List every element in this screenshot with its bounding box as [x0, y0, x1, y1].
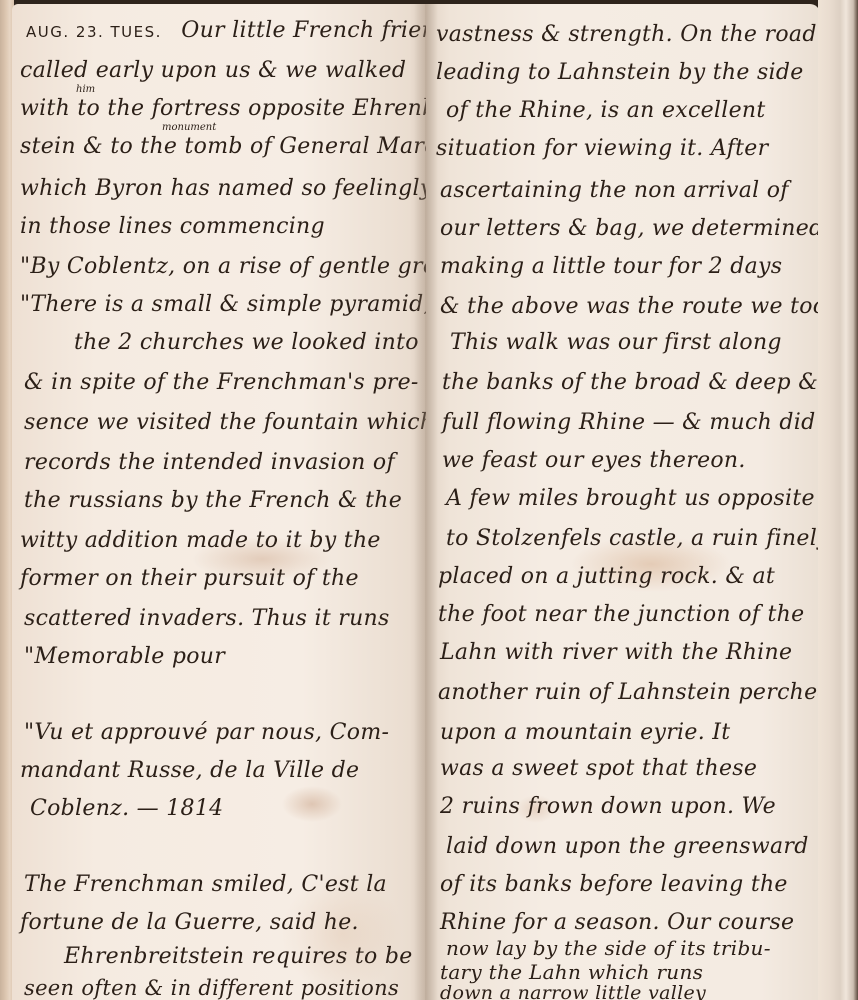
line-5: which Byron has named so feelingly [20, 176, 433, 201]
line-18: another ruin of Lahnstein perched [438, 680, 832, 705]
line-25: now lay by the side of its tribu- [446, 936, 771, 960]
line-2: leading to Lahnstein by the side [436, 60, 804, 85]
line-10: & in spite of the Frenchman's pre- [24, 370, 419, 395]
diary-spread: AUG. 23. TUES. Our little French friend … [0, 0, 858, 1000]
line-12: records the intended invasion of [24, 450, 395, 475]
line-5: ascertaining the non arrival of [440, 178, 789, 203]
line-22: laid down upon the greensward [446, 834, 809, 859]
line-22: fortune de la Guerre, said he. [20, 910, 359, 935]
line-27: down a narrow little valley [440, 982, 706, 1000]
line-4: situation for viewing it. After [436, 136, 768, 161]
line-19: upon a mountain eyrie. It [440, 720, 730, 745]
line-19: mandant Russe, de la Ville de [20, 758, 359, 783]
insertion-him: him [76, 84, 95, 95]
insertion-monument: monument [162, 122, 216, 133]
line-21: 2 ruins frown down upon. We [440, 794, 776, 819]
book-edge-right [818, 0, 858, 1000]
line-17: "Memorable pour [24, 644, 225, 669]
line-14: to Stolzenfels castle, a ruin finely [446, 526, 830, 551]
line-24: seen often & in different positions [24, 976, 399, 1000]
line-10: the banks of the broad & deep & [442, 370, 818, 395]
line-21: The Frenchman smiled, C'est la [24, 872, 387, 897]
line-26: tary the Lahn which runs [440, 960, 703, 984]
line-14: witty addition made to it by the [20, 528, 381, 553]
line-13: A few miles brought us opposite [446, 486, 815, 511]
line-text: Our little French friend [181, 18, 450, 43]
line-3: with to the fortress opposite Ehrenbreit [20, 96, 477, 121]
line-17: Lahn with river with the Rhine [440, 640, 792, 665]
line-16: the foot near the junction of the [438, 602, 804, 627]
left-page: AUG. 23. TUES. Our little French friend … [12, 4, 426, 1000]
line-18: "Vu et approuvé par nous, Com- [24, 720, 389, 745]
line-20: Coblenz. — 1814 [30, 796, 223, 821]
line-6: in those lines commencing [20, 214, 325, 239]
line-2: called early upon us & we walked [20, 58, 406, 83]
line-9: the 2 churches we looked into [74, 330, 419, 355]
line-15: former on their pursuit of the [20, 566, 359, 591]
line-8: "There is a small & simple pyramid, — [20, 292, 460, 317]
line-11: full flowing Rhine — & much did [442, 410, 815, 435]
line-12: we feast our eyes thereon. [442, 448, 746, 473]
line-23: Ehrenbreitstein requires to be [64, 944, 413, 969]
line-8: & the above was the route we took. [440, 294, 847, 319]
line-16: scattered invaders. Thus it runs [24, 606, 390, 631]
line-23: of its banks before leaving the [440, 872, 788, 897]
line-20: was a sweet spot that these [440, 756, 757, 781]
date-heading: AUG. 23. TUES. [26, 23, 162, 41]
line-6: our letters & bag, we determined on [440, 216, 858, 241]
line-4: stein & to the tomb of General Marceau [20, 134, 478, 159]
line-9: This walk was our first along [450, 330, 782, 355]
line-11: sence we visited the fountain which [24, 410, 434, 435]
line-24: Rhine for a season. Our course [440, 910, 794, 935]
right-page: vastness & strength. On the road leading… [426, 4, 820, 1000]
line-1: AUG. 23. TUES. Our little French friend [26, 18, 450, 43]
line-3: of the Rhine, is an excellent [446, 98, 766, 123]
line-13: the russians by the French & the [24, 488, 402, 513]
line-15: placed on a jutting rock. & at [438, 564, 775, 589]
line-7: making a little tour for 2 days [440, 254, 782, 279]
line-1: vastness & strength. On the road [436, 22, 817, 47]
